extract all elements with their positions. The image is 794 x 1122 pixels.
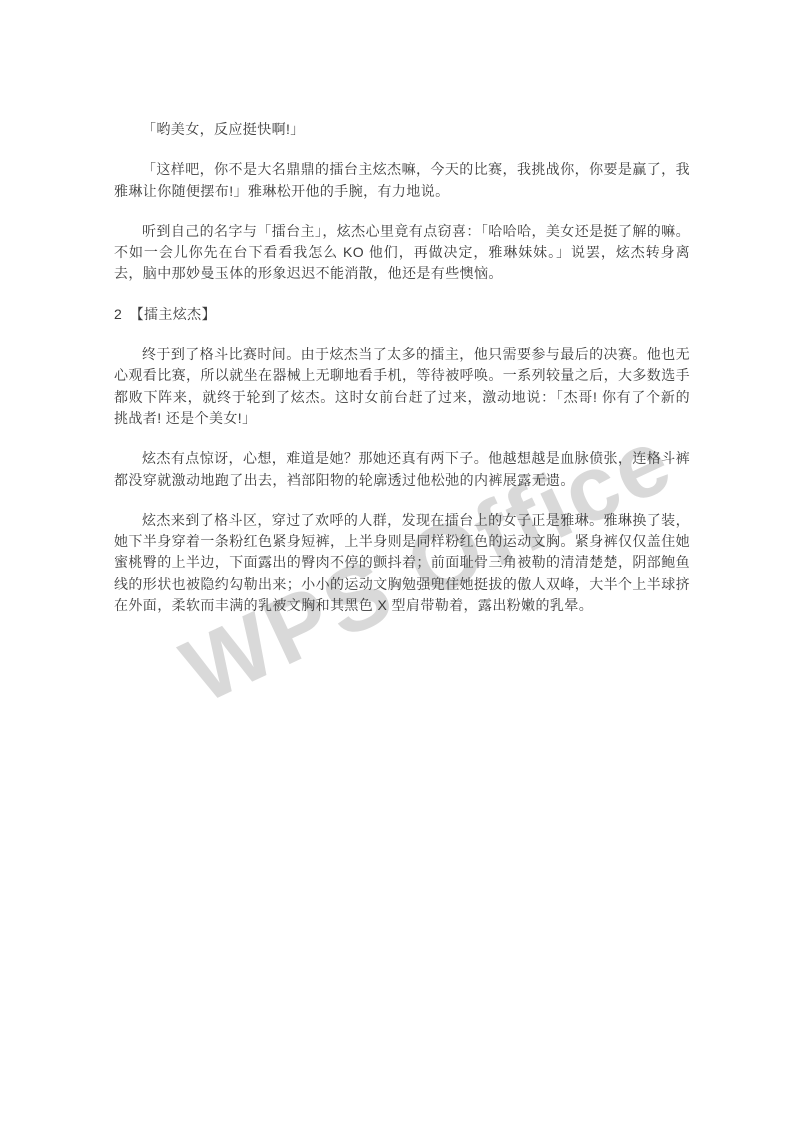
paragraph-dialog-2: 「这样吧，你不是大名鼎鼎的擂台主炫杰嘛，今天的比赛，我挑战你，你要是赢了，我雅琳… xyxy=(114,159,690,202)
section-heading: 2 【擂主炫杰】 xyxy=(114,304,690,325)
paragraph-narration-1: 听到自己的名字与「擂台主」，炫杰心里竟有点窃喜：「哈哈哈，美女还是挺了解的嘛。不… xyxy=(114,221,690,285)
paragraph-narration-2: 终于到了格斗比赛时间。由于炫杰当了太多的擂主，他只需要参与最后的决赛。他也无心观… xyxy=(114,344,690,429)
document-page: WPS Office 「哟美女，反应挺快啊!」 「这样吧，你不是大名鼎鼎的擂台主… xyxy=(0,0,794,1122)
document-text-block: 「哟美女，反应挺快啊!」 「这样吧，你不是大名鼎鼎的擂台主炫杰嘛，今天的比赛，我… xyxy=(114,100,690,635)
paragraph-narration-3: 炫杰有点惊讶，心想，难道是她？那她还真有两下子。他越想越是血脉偾张，连格斗裤都没… xyxy=(114,448,690,491)
paragraph-dialog-1: 「哟美女，反应挺快啊!」 xyxy=(114,119,690,140)
paragraph-narration-4: 炫杰来到了格斗区，穿过了欢呼的人群，发现在擂台上的女子正是雅琳。雅琳换了装，她下… xyxy=(114,510,690,616)
